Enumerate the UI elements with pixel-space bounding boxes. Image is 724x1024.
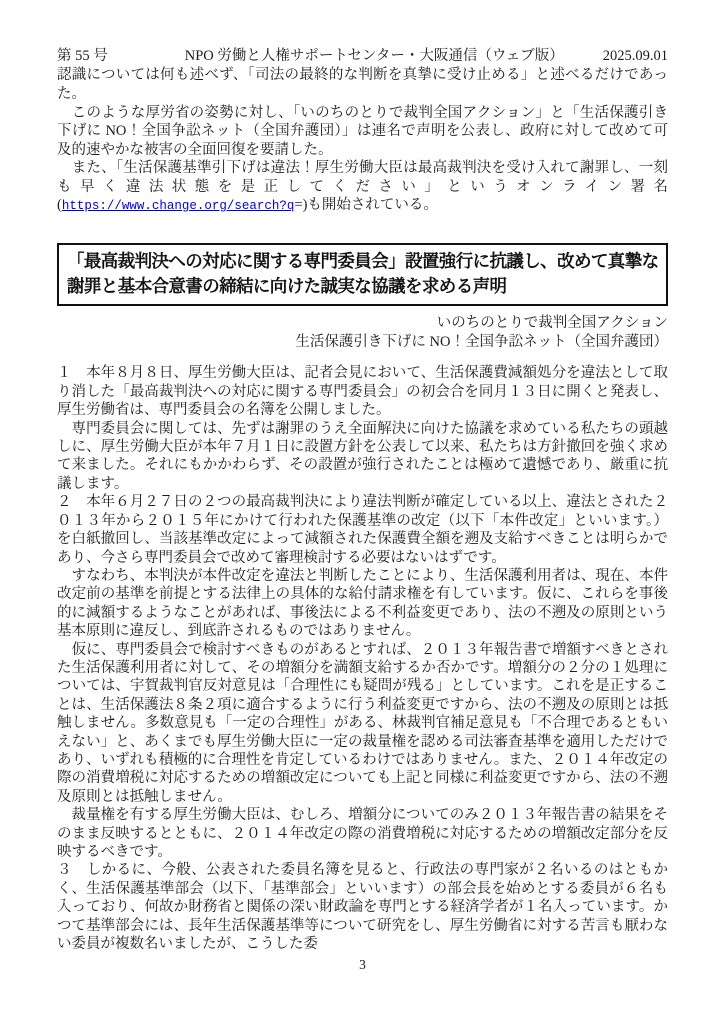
statement-headline-box: 「最高裁判決への対応に関する専門委員会」設置強行に抗議し、改めて真摯な謝罪と基本…: [57, 243, 668, 306]
statement-paragraph: ２ 本年６月２７日の２つの最高裁判決により違法判断が確定している以上、違法とされ…: [57, 493, 668, 567]
petition-url-link[interactable]: https://www.change.org/search?q: [62, 199, 295, 213]
author-line: いのちのとりで裁判全国アクション: [57, 314, 668, 333]
statement-authors: いのちのとりで裁判全国アクション 生活保護引き下げに NO！全国争訟ネット（全国…: [57, 314, 668, 352]
statement-paragraph: 専門委員会に関しては、先ずは謝罪のうえ全面解決に向けた協議を求めている私たちの頭…: [57, 420, 668, 494]
statement-paragraph: 裁量権を有する厚生労働大臣は、むしろ、増額分についてのみ２０１３年報告書の結果を…: [57, 806, 668, 861]
petition-text-after-link: =)も開始されている。: [294, 197, 438, 213]
statement-paragraph: ３ しかるに、今般、公表された委員名簿を見ると、行政法の専門家が２名いるのはとも…: [57, 861, 668, 953]
issue-date: 2025.09.01: [603, 46, 668, 66]
document-page: 第 55 号 NPO 労働と人権サポートセンター・大阪通信（ウェブ版） 2025…: [0, 0, 724, 1024]
newsletter-title: NPO 労働と人権サポートセンター・大阪通信（ウェブ版）: [185, 46, 564, 66]
author-line: 生活保護引き下げに NO！全国争訟ネット（全国弁護団）: [57, 333, 668, 352]
carryover-paragraph: 認識については何も述べず、「司法の最終的な判断を真摯に受け止める」と述べるだけで…: [57, 66, 668, 104]
issue-number: 第 55 号: [57, 46, 108, 66]
page-header: 第 55 号 NPO 労働と人権サポートセンター・大阪通信（ウェブ版） 2025…: [57, 46, 668, 66]
statement-headline: 「最高裁判決への対応に関する専門委員会」設置強行に抗議し、改めて真摯な謝罪と基本…: [67, 251, 659, 296]
statement-paragraph: 仮に、専門委員会で検討すべきものがあるとすれば、２０１３年報告書で増額すべきとさ…: [57, 641, 668, 807]
paragraph-mhlw-response: このような厚労省の姿勢に対し、「いのちのとりで裁判全国アクション」と「生活保護引…: [57, 104, 668, 159]
page-number: 3: [57, 956, 668, 974]
statement-paragraph: すなわち、本判決が本件改定を違法と判断したことにより、生活保護利用者は、現在、本…: [57, 567, 668, 641]
paragraph-online-petition: また、「生活保護基準引下げは違法！厚生労働大臣は最高裁判決を受け入れて謝罪し、一…: [57, 159, 668, 215]
statement-paragraph: １ 本年８月８日、厚生労働大臣は、記者会見において、生活保護費減額処分を違法とし…: [57, 364, 668, 419]
